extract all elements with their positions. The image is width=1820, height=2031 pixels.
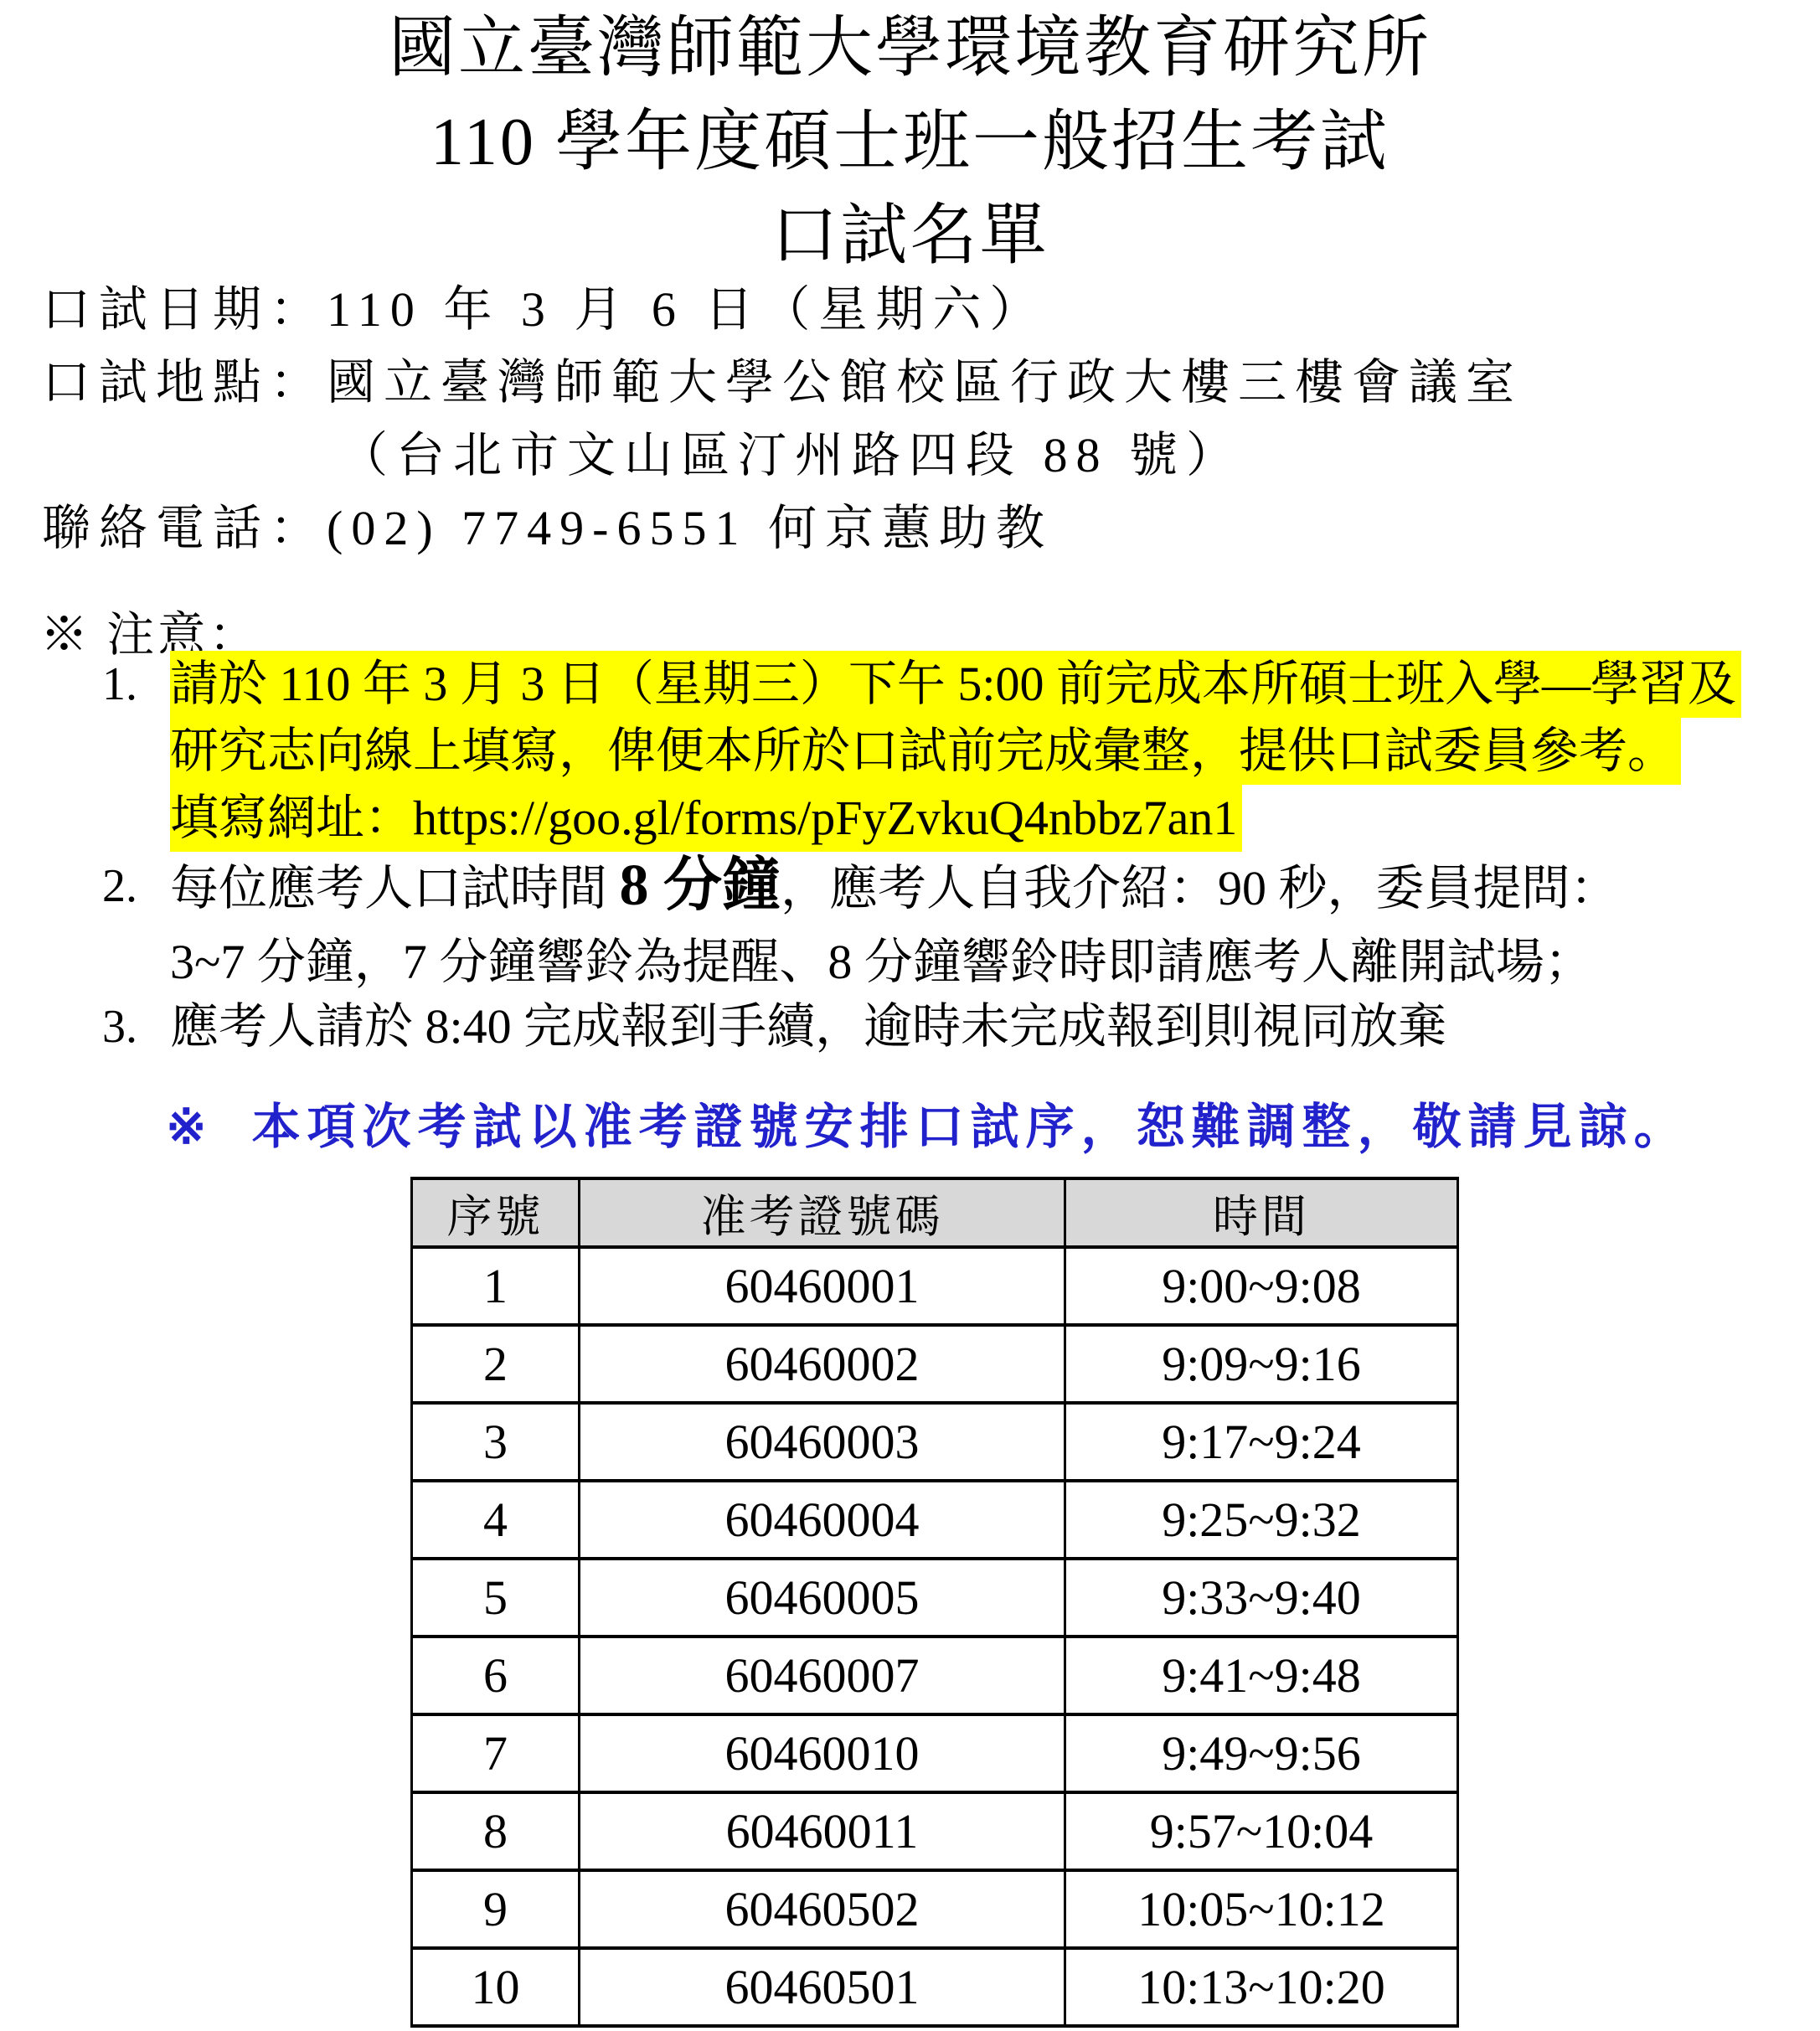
admission-number-cell: 60460002 xyxy=(580,1325,1065,1403)
seq-cell: 4 xyxy=(412,1481,580,1559)
time-cell: 9:41~9:48 xyxy=(1065,1637,1458,1714)
admission-number-cell: 60460010 xyxy=(580,1714,1065,1792)
item-2-line-1: 每位應考人口試時間 8 分鐘，應考人自我介紹：90 秒，委員提問： xyxy=(170,849,1619,925)
admission-number-cell: 60460502 xyxy=(580,1870,1065,1948)
item-2-line-1-pre: 每位應考人口試時間 xyxy=(170,861,620,915)
priority-note-marker: ※ xyxy=(166,1100,214,1154)
time-cell: 9:33~9:40 xyxy=(1065,1559,1458,1637)
time-cell: 9:17~9:24 xyxy=(1065,1403,1458,1481)
item-3-text: 應考人請於 8:40 完成報到手續，逾時未完成報到則視同放棄 xyxy=(170,993,1446,1060)
time-cell: 9:25~9:32 xyxy=(1065,1481,1458,1559)
time-cell: 10:13~10:20 xyxy=(1065,1948,1458,2026)
time-cell: 9:49~9:56 xyxy=(1065,1714,1458,1792)
seq-cell: 2 xyxy=(412,1325,580,1403)
header-time: 時間 xyxy=(1065,1178,1458,1247)
table-header-row: 序號 准考證號碼 時間 xyxy=(412,1178,1458,1247)
table-row: 1 60460001 9:00~9:08 xyxy=(412,1247,1458,1325)
seq-cell: 1 xyxy=(412,1247,580,1325)
info-address: （台北市文山區汀州路四段 88 號） xyxy=(42,419,1523,492)
item-2-line-2: 3~7 分鐘，7 分鐘響鈴為提醒、8 分鐘響鈴時即請應考人離開試場； xyxy=(170,925,1619,999)
item-1-highlighted-line-3-form-url: 填寫網址：https://goo.gl/forms/pFyZvkuQ4nbbz7… xyxy=(170,785,1242,852)
info-location: 口試地點：國立臺灣師範大學公館校區行政大樓三樓會議室 xyxy=(42,346,1523,419)
time-cell: 10:05~10:12 xyxy=(1065,1870,1458,1948)
item-3-number: 3. xyxy=(102,993,137,1060)
seq-cell: 6 xyxy=(412,1637,580,1714)
item-1-highlighted-line-2: 研究志向線上填寫，俾便本所於口試前完成彙整，提供口試委員參考。 xyxy=(170,718,1681,785)
item-2-body: 每位應考人口試時間 8 分鐘，應考人自我介紹：90 秒，委員提問： 3~7 分鐘… xyxy=(170,849,1619,999)
info-block: 口試日期：110 年 3 月 6 日（星期六） 口試地點：國立臺灣師範大學公館校… xyxy=(42,273,1523,564)
header-admission-number: 准考證號碼 xyxy=(580,1178,1065,1247)
table-row: 5 60460005 9:33~9:40 xyxy=(412,1559,1458,1637)
document-page: 國立臺灣師範大學環境教育研究所 110 學年度碩士班一般招生考試 口試名單 口試… xyxy=(0,0,1820,2031)
item-2-duration-emphasis: 8 分鐘 xyxy=(620,853,781,918)
table-row: 2 60460002 9:09~9:16 xyxy=(412,1325,1458,1403)
time-cell: 9:57~10:04 xyxy=(1065,1792,1458,1870)
admission-number-cell: 60460004 xyxy=(580,1481,1065,1559)
table-row: 9 60460502 10:05~10:12 xyxy=(412,1870,1458,1948)
header-seq: 序號 xyxy=(412,1178,580,1247)
table-row: 10 60460501 10:13~10:20 xyxy=(412,1948,1458,2026)
admission-number-cell: 60460005 xyxy=(580,1559,1065,1637)
table-row: 8 60460011 9:57~10:04 xyxy=(412,1792,1458,1870)
admission-number-cell: 60460003 xyxy=(580,1403,1065,1481)
title-line-1: 國立臺灣師範大學環境教育研究所 xyxy=(0,2,1820,95)
seq-cell: 10 xyxy=(412,1948,580,2026)
table-row: 7 60460010 9:49~9:56 xyxy=(412,1714,1458,1792)
table-row: 4 60460004 9:25~9:32 xyxy=(412,1481,1458,1559)
time-cell: 9:00~9:08 xyxy=(1065,1247,1458,1325)
item-1-number: 1. xyxy=(102,651,137,718)
priority-note-text: 本項次考試以准考證號安排口試序，恕難調整，敬請見諒。 xyxy=(252,1100,1689,1154)
table-row: 6 60460007 9:41~9:48 xyxy=(412,1637,1458,1714)
admission-number-cell: 60460501 xyxy=(580,1948,1065,2026)
table-row: 3 60460003 9:17~9:24 xyxy=(412,1403,1458,1481)
item-2-number: 2. xyxy=(102,849,137,923)
seq-cell: 3 xyxy=(412,1403,580,1481)
info-date: 口試日期：110 年 3 月 6 日（星期六） xyxy=(42,273,1523,346)
priority-note: ※本項次考試以准考證號安排口試序，恕難調整，敬請見諒。 xyxy=(166,1087,1689,1157)
admission-number-cell: 60460007 xyxy=(580,1637,1065,1714)
seq-cell: 5 xyxy=(412,1559,580,1637)
seq-cell: 7 xyxy=(412,1714,580,1792)
info-phone: 聯絡電話：(02) 7749-6551 何京蕙助教 xyxy=(42,492,1523,564)
time-cell: 9:09~9:16 xyxy=(1065,1325,1458,1403)
title-line-2: 110 學年度碩士班一般招生考試 xyxy=(0,95,1820,189)
schedule-table: 序號 准考證號碼 時間 1 60460001 9:00~9:08 2 60460… xyxy=(410,1177,1459,2028)
title-line-3: 口試名單 xyxy=(0,189,1820,283)
admission-number-cell: 60460011 xyxy=(580,1792,1065,1870)
seq-cell: 8 xyxy=(412,1792,580,1870)
title-block: 國立臺灣師範大學環境教育研究所 110 學年度碩士班一般招生考試 口試名單 xyxy=(0,2,1820,283)
item-1-body: 請於 110 年 3 月 3 日（星期三）下午 5:00 前完成本所碩士班入學—… xyxy=(170,651,1741,852)
item-1-highlighted-line-1: 請於 110 年 3 月 3 日（星期三）下午 5:00 前完成本所碩士班入學—… xyxy=(170,651,1741,718)
item-2-line-1-post: ，應考人自我介紹：90 秒，委員提問： xyxy=(781,861,1619,915)
seq-cell: 9 xyxy=(412,1870,580,1948)
admission-number-cell: 60460001 xyxy=(580,1247,1065,1325)
